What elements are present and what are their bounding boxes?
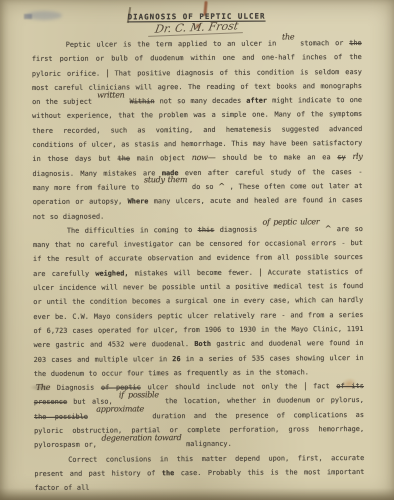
handwritten-insert: the <box>282 32 294 41</box>
handwritten-insert: study them <box>144 176 187 185</box>
paragraph-2: The difficulties in coming to this diagn… <box>33 222 364 381</box>
overtyped-text: after <box>246 97 267 105</box>
struck-text: Within <box>130 97 155 105</box>
handwritten-insert: approximate <box>96 405 144 414</box>
handwritten-insert: degeneration toward <box>101 433 181 442</box>
handwritten-mark: | <box>304 381 306 390</box>
typed-text: main object <box>137 154 185 162</box>
typed-text: ulcer should include not only the <box>148 383 298 392</box>
typed-text: should be to make an ea <box>222 154 330 163</box>
handwritten-insert: if possible <box>119 390 159 399</box>
handwritten-mark: | <box>106 68 108 77</box>
overtyped-text: Where <box>128 198 149 206</box>
overtyped-text: the <box>162 469 175 477</box>
typed-text: Accurate statistics of ulcer incidence w… <box>33 268 363 349</box>
handwritten-mark: ^ <box>218 182 224 191</box>
paper-background: DIAGNOSIS OF PEPTIC ULCER Dr. C. M. Fros… <box>0 0 394 500</box>
struck-text: this <box>198 226 215 234</box>
handwritten-insert: of peptic ulcer <box>262 218 319 227</box>
typed-text: Peptic ulcer is the term applied to an u… <box>66 40 277 49</box>
handwritten-mark: The <box>36 383 50 392</box>
handwritten-mark: rly <box>352 152 362 161</box>
typed-text: the location, whether in duodenum or pyl… <box>165 396 364 405</box>
typed-text: diagnosis. Many mistakes are <box>32 169 155 178</box>
struck-text: the <box>349 39 362 47</box>
handwritten-mark: ^ <box>325 224 331 233</box>
overtyped-text: Both <box>194 340 211 348</box>
typed-text: mistakes will become fewer. <box>135 268 253 277</box>
handwritten-mark: | <box>259 267 261 276</box>
typed-text: diagnosis <box>220 225 257 233</box>
struck-text: sy <box>337 153 345 161</box>
struck-text: the <box>118 155 131 163</box>
typed-text: malignancy. <box>186 440 232 448</box>
struck-text: the possible <box>34 412 88 420</box>
byline-text: Dr. C. M. Frost <box>148 19 246 37</box>
typed-text: do so <box>192 183 214 191</box>
overtyped-text: 26 <box>172 355 180 363</box>
handwritten-insert: written <box>97 90 125 99</box>
typed-text: not so many decades <box>160 97 242 105</box>
typed-text: Diagnosis <box>57 384 94 392</box>
paragraph-1: Peptic ulcer is the term applied to an u… <box>32 36 363 224</box>
paragraph-4: Correct conclusions in this matter depen… <box>34 451 364 496</box>
typed-text: stomach or <box>300 39 343 47</box>
scanned-typewritten-page: { "colors": { "paper": "#d7cead", "typed… <box>0 0 394 500</box>
handwritten-mark: now— <box>192 153 216 162</box>
typed-text: The difficulties in coming to <box>67 226 192 235</box>
typed-text: fact <box>313 382 330 390</box>
document-content: DIAGNOSIS OF PEPTIC ULCER Dr. C. M. Fros… <box>32 11 365 496</box>
paragraph-3: The Diagnosis of peptic ulcer should inc… <box>34 379 364 452</box>
overtyped-text: weighed, <box>95 269 128 277</box>
